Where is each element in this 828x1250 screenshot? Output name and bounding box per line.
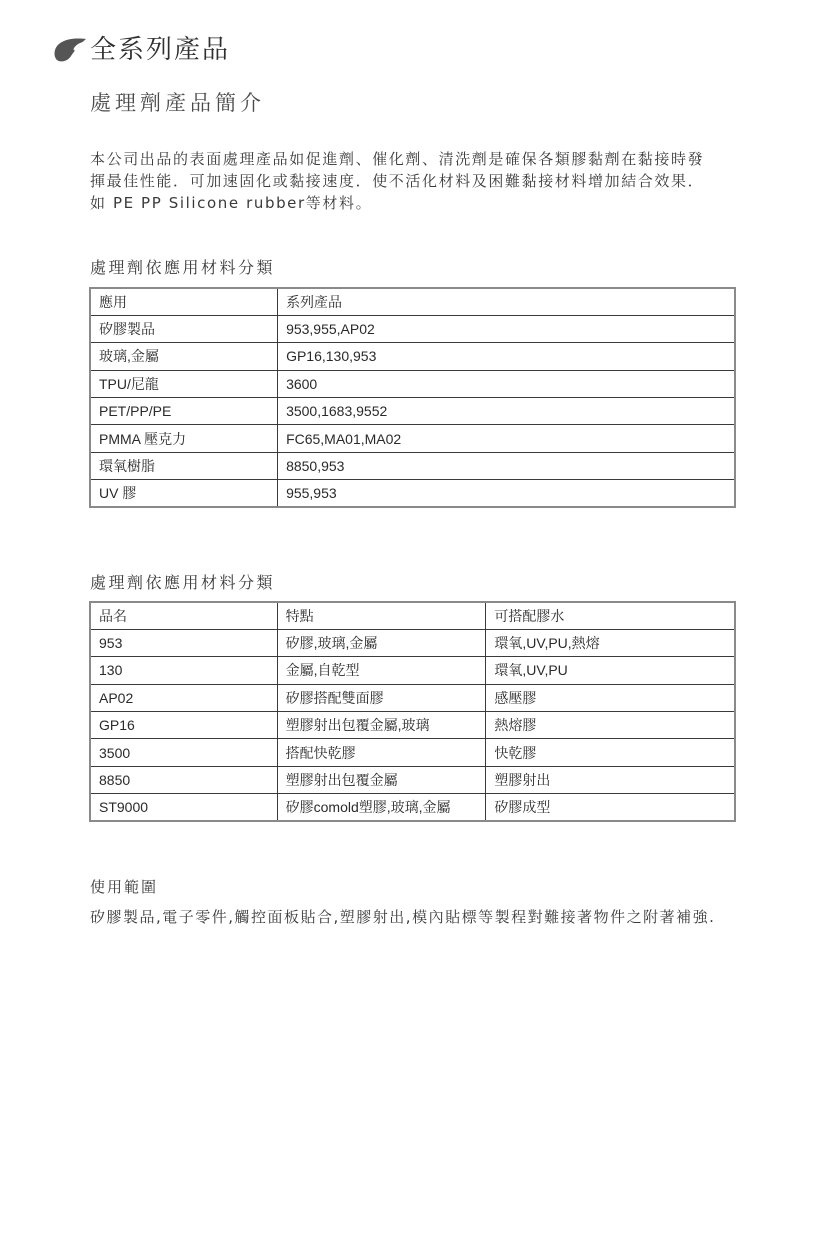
header-cell: 特點 [277, 602, 486, 629]
header-cell: 可搭配膠水 [486, 602, 735, 629]
table-cell: 矽膠comold塑膠,玻璃,金屬 [277, 794, 486, 821]
table-cell: GP16 [90, 712, 277, 739]
table-row: GP16 塑膠射出包覆金屬,玻璃 熱熔膠 [90, 712, 735, 739]
table-cell: UV 膠 [90, 480, 278, 507]
table-cell: 搭配快乾膠 [277, 739, 486, 766]
page-title: 全系列產品 [90, 32, 230, 68]
table-cell: 環氧,UV,PU,熱熔 [486, 629, 735, 656]
table-row: 矽膠製品 953,955,AP02 [90, 315, 735, 342]
table-cell: 感壓膠 [486, 684, 735, 711]
table-cell: TPU/尼龍 [90, 370, 278, 397]
table-row: PMMA 壓克力 FC65,MA01,MA02 [90, 425, 735, 452]
table-cell: 快乾膠 [486, 739, 735, 766]
table-cell: 環氧,UV,PU [486, 657, 735, 684]
table-cell: 玻璃,金屬 [90, 343, 278, 370]
header-cell: 品名 [90, 602, 277, 629]
table-cell: FC65,MA01,MA02 [278, 425, 735, 452]
usage-title: 使用範圍 [90, 876, 158, 898]
table-row: 3500 搭配快乾膠 快乾膠 [90, 739, 735, 766]
table-row: ST9000 矽膠comold塑膠,玻璃,金屬 矽膠成型 [90, 794, 735, 821]
table-cell: 矽膠,玻璃,金屬 [277, 629, 486, 656]
page-subtitle: 處理劑產品簡介 [90, 88, 265, 118]
table-row: 130 金屬,自乾型 環氧,UV,PU [90, 657, 735, 684]
table-cell: 塑膠射出包覆金屬 [277, 766, 486, 793]
table-cell: 130 [90, 657, 277, 684]
header-cell: 應用 [90, 288, 278, 315]
usage-text: 矽膠製品,電子零件,觸控面板貼合,塑膠射出,模內貼標等製程對難接著物件之附著補強… [90, 906, 715, 928]
table-cell: 塑膠射出包覆金屬,玻璃 [277, 712, 486, 739]
header-cell: 系列產品 [278, 288, 735, 315]
table-header-row: 應用 系列產品 [90, 288, 735, 315]
table-cell: 金屬,自乾型 [277, 657, 486, 684]
table-cell: 8850 [90, 766, 277, 793]
table-cell: 953 [90, 629, 277, 656]
table-cell: 矽膠搭配雙面膠 [277, 684, 486, 711]
table-cell: 3600 [278, 370, 735, 397]
table-cell: GP16,130,953 [278, 343, 735, 370]
table-row: 玻璃,金屬 GP16,130,953 [90, 343, 735, 370]
intro-line: 如 PE PP Silicone rubber等材料。 [90, 192, 760, 214]
table1-title: 處理劑依應用材料分類 [90, 257, 275, 279]
table2-title: 處理劑依應用材料分類 [90, 572, 275, 594]
table-header-row: 品名 特點 可搭配膠水 [90, 602, 735, 629]
table-row: TPU/尼龍 3600 [90, 370, 735, 397]
table-cell: ST9000 [90, 794, 277, 821]
table-cell: 953,955,AP02 [278, 315, 735, 342]
material-application-table: 應用 系列產品 矽膠製品 953,955,AP02 玻璃,金屬 GP16,130… [89, 287, 736, 508]
brand-header: 全系列產品 [52, 32, 230, 68]
table-cell: 3500 [90, 739, 277, 766]
table-cell: 8850,953 [278, 452, 735, 479]
table-cell: 熱熔膠 [486, 712, 735, 739]
intro-paragraph: 本公司出品的表面處理產品如促進劑、催化劑、清洗劑是確保各類膠黏劑在黏接時發 揮最… [90, 148, 760, 214]
table-cell: 矽膠製品 [90, 315, 278, 342]
product-features-table: 品名 特點 可搭配膠水 953 矽膠,玻璃,金屬 環氧,UV,PU,熱熔 130… [89, 601, 736, 822]
table-row: 953 矽膠,玻璃,金屬 環氧,UV,PU,熱熔 [90, 629, 735, 656]
table-cell: PET/PP/PE [90, 398, 278, 425]
table-row: AP02 矽膠搭配雙面膠 感壓膠 [90, 684, 735, 711]
table-cell: 塑膠射出 [486, 766, 735, 793]
table-row: UV 膠 955,953 [90, 480, 735, 507]
table-cell: 3500,1683,9552 [278, 398, 735, 425]
drop-logo-icon [52, 36, 88, 64]
table-cell: 環氧樹脂 [90, 452, 278, 479]
table-row: PET/PP/PE 3500,1683,9552 [90, 398, 735, 425]
table-cell: AP02 [90, 684, 277, 711]
table-cell: PMMA 壓克力 [90, 425, 278, 452]
table-row: 8850 塑膠射出包覆金屬 塑膠射出 [90, 766, 735, 793]
intro-line: 揮最佳性能．可加速固化或黏接速度．使不活化材料及困難黏接材料增加結合效果． [90, 170, 760, 192]
table-row: 環氧樹脂 8850,953 [90, 452, 735, 479]
intro-line: 本公司出品的表面處理產品如促進劑、催化劑、清洗劑是確保各類膠黏劑在黏接時發 [90, 148, 760, 170]
table-cell: 955,953 [278, 480, 735, 507]
table-cell: 矽膠成型 [486, 794, 735, 821]
